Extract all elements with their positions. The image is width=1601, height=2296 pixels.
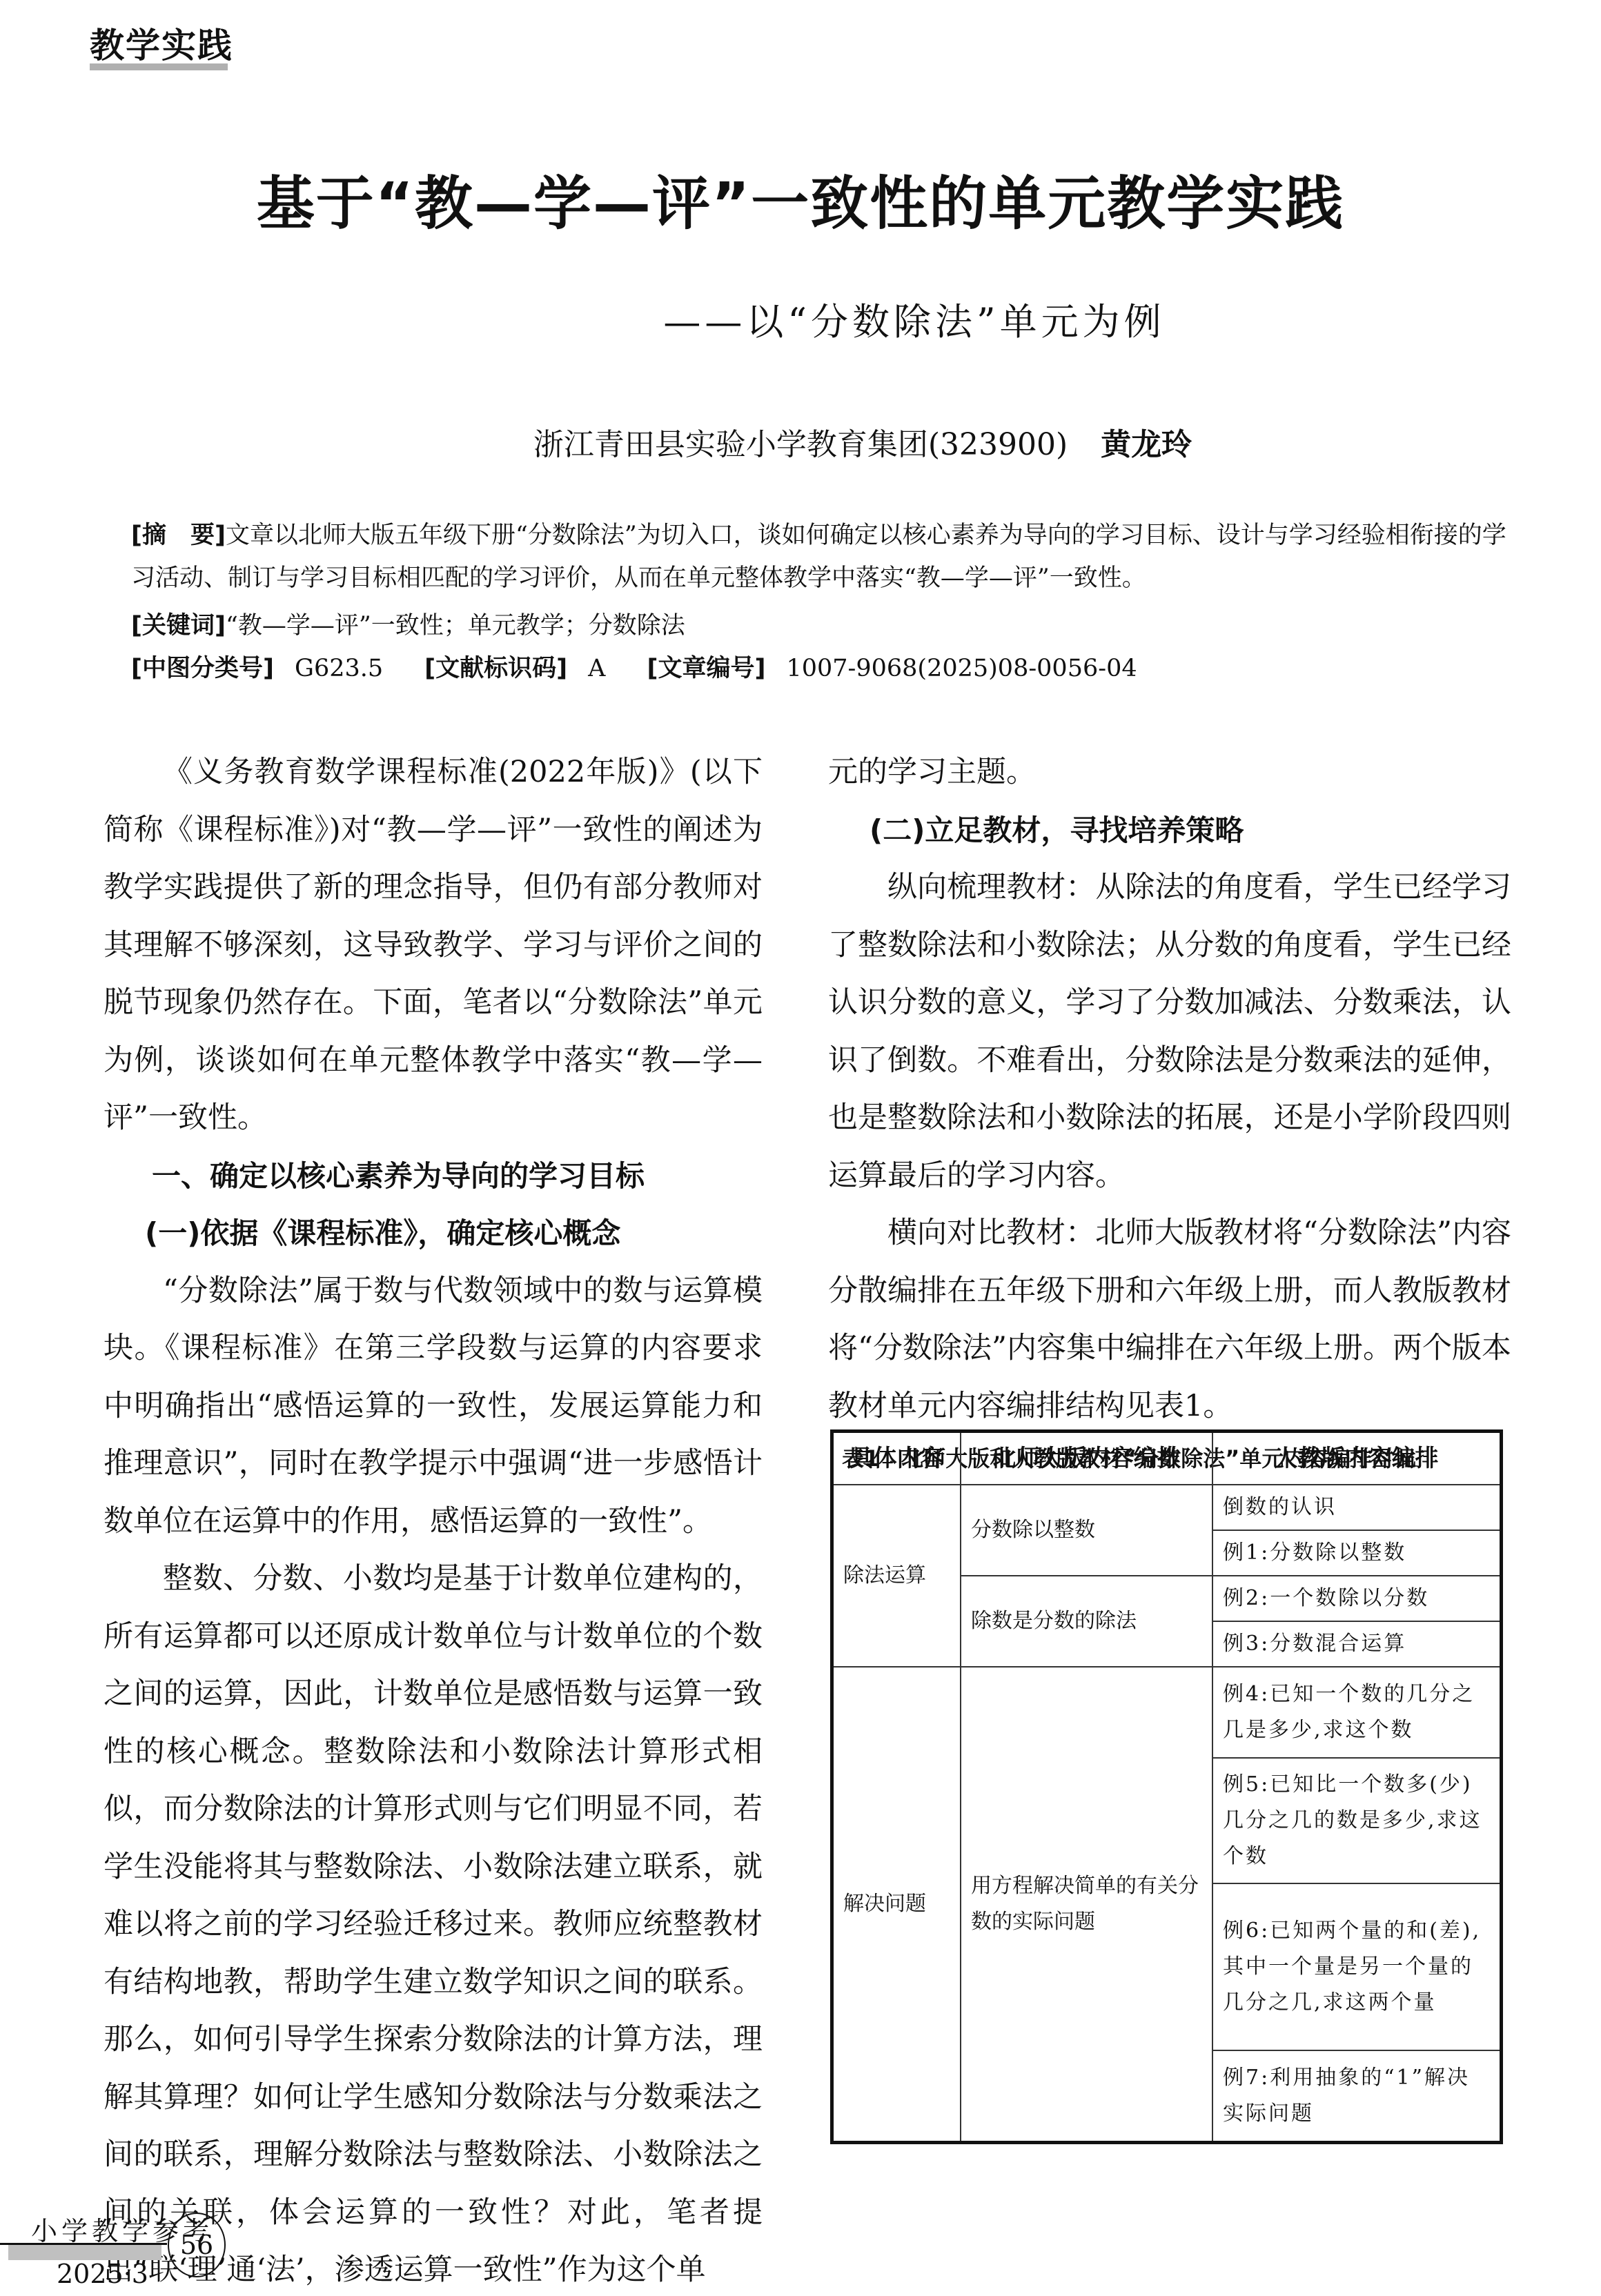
bsd-cell: 分数除以整数 bbox=[961, 1485, 1212, 1576]
abstract: [摘 要]文章以北师大版五年级下册“分数除法”为切入口，谈如何确定以核心素养为导… bbox=[131, 514, 1518, 600]
pep-cell: 例4:已知一个数的几分之几是多少,求这个数 bbox=[1212, 1667, 1502, 1758]
abstract-label: [摘 要] bbox=[131, 522, 226, 549]
paragraph: 元的学习主题。 bbox=[828, 744, 1511, 802]
comparison-table: 具体内容 北师大版内容编排 人教版内容编排 除法运算 分数除以整数 倒数的认识 … bbox=[830, 1429, 1503, 2144]
section-heading: 一、确定以核心素养为导向的学习目标 bbox=[104, 1147, 763, 1205]
clc-value: G623.5 bbox=[295, 647, 383, 690]
footer-bar bbox=[8, 2245, 161, 2260]
pep-cell: 例3:分数混合运算 bbox=[1212, 1621, 1502, 1667]
pep-cell: 例6:已知两个量的和(差),其中一个量是另一个量的几分之几,求这两个量 bbox=[1212, 1883, 1502, 2050]
bsd-cell: 用方程解决简单的有关分数的实际问题 bbox=[961, 1667, 1212, 2143]
article-subtitle: ——以“分数除法”单元为例 bbox=[0, 293, 1601, 346]
paragraph: 整数、分数、小数均是基于计数单位建构的，所有运算都可以还原成计数单位与计数单位的… bbox=[104, 1550, 763, 2296]
doc-code-label: [文献标识码] bbox=[424, 647, 567, 690]
article-no-label: [文章编号] bbox=[647, 647, 765, 690]
paragraph: 横向对比教材：北师大版教材将“分数除法”内容分散编排在五年级下册和六年级上册，而… bbox=[828, 1205, 1511, 1435]
subsection-heading: (二)立足教材，寻找培养策略 bbox=[828, 802, 1511, 860]
article-title: 基于“教—学—评”一致性的单元教学实践 bbox=[0, 157, 1601, 241]
paragraph: “分数除法”属于数与代数领域中的数与运算模块。《课程标准》在第三学段数与运算的内… bbox=[104, 1263, 763, 1551]
keywords: [关键词]“教—学—评”一致性；单元教学；分数除法 bbox=[131, 604, 1518, 647]
pep-cell: 例7:利用抽象的“1”解决实际问题 bbox=[1212, 2050, 1502, 2143]
pep-cell: 例2:一个数除以分数 bbox=[1212, 1576, 1502, 1621]
clc-label: [中图分类号] bbox=[131, 647, 274, 690]
pep-cell: 倒数的认识 bbox=[1212, 1485, 1502, 1530]
header-cell: 具体内容 bbox=[832, 1432, 961, 1485]
category-cell: 解决问题 bbox=[832, 1667, 961, 2143]
table-header-row: 具体内容 北师大版内容编排 人教版内容编排 bbox=[832, 1432, 1502, 1485]
right-column: 元的学习主题。 (二)立足教材，寻找培养策略 纵向梳理教材：从除法的角度看，学生… bbox=[828, 744, 1511, 1479]
author-line: 浙江青田县实验小学教育集团(323900) 黄龙玲 bbox=[0, 419, 1601, 464]
keywords-text: “教—学—评”一致性；单元教学；分数除法 bbox=[226, 612, 685, 640]
abstract-text: 文章以北师大版五年级下册“分数除法”为切入口，谈如何确定以核心素养为导向的学习目… bbox=[131, 522, 1506, 592]
header-cell: 人教版内容编排 bbox=[1212, 1432, 1502, 1485]
issue-date: 2025·3 bbox=[57, 2259, 148, 2289]
bsd-cell: 除数是分数的除法 bbox=[961, 1576, 1212, 1667]
page-number-text: 56 bbox=[180, 2230, 213, 2260]
section-tag-underline bbox=[90, 63, 228, 70]
paragraph: 《义务教育数学课程标准(2022年版)》(以下简称《课程标准》)对“教—学—评”… bbox=[104, 744, 763, 1147]
keywords-label: [关键词] bbox=[131, 612, 226, 640]
left-column: 《义务教育数学课程标准(2022年版)》(以下简称《课程标准》)对“教—学—评”… bbox=[104, 744, 763, 2296]
category-cell: 除法运算 bbox=[832, 1485, 961, 1667]
author-name: 黄龙玲 bbox=[1101, 427, 1192, 462]
article-no-value: 1007-9068(2025)08-0056-04 bbox=[786, 647, 1137, 690]
page-number: 56 bbox=[168, 2213, 226, 2277]
affiliation: 浙江青田县实验小学教育集团(323900) bbox=[533, 427, 1068, 462]
pep-cell: 例5:已知比一个数多(少)几分之几的数是多少,求这个数 bbox=[1212, 1758, 1502, 1883]
paragraph: 纵向梳理教材：从除法的角度看，学生已经学习了整数除法和小数除法；从分数的角度看，… bbox=[828, 859, 1511, 1205]
doc-code-value: A bbox=[588, 647, 605, 690]
classification-line: [中图分类号] G623.5 [文献标识码] A [文章编号] 1007-906… bbox=[131, 647, 1518, 690]
table-row: 解决问题 用方程解决简单的有关分数的实际问题 例4:已知一个数的几分之几是多少,… bbox=[832, 1667, 1502, 1758]
table-row: 除法运算 分数除以整数 倒数的认识 bbox=[832, 1485, 1502, 1530]
header-cell: 北师大版内容编排 bbox=[961, 1432, 1212, 1485]
section-tag: 教学实践 bbox=[90, 18, 233, 68]
pep-cell: 例1:分数除以整数 bbox=[1212, 1530, 1502, 1576]
subsection-heading: (一)依据《课程标准》，确定核心概念 bbox=[104, 1205, 763, 1263]
